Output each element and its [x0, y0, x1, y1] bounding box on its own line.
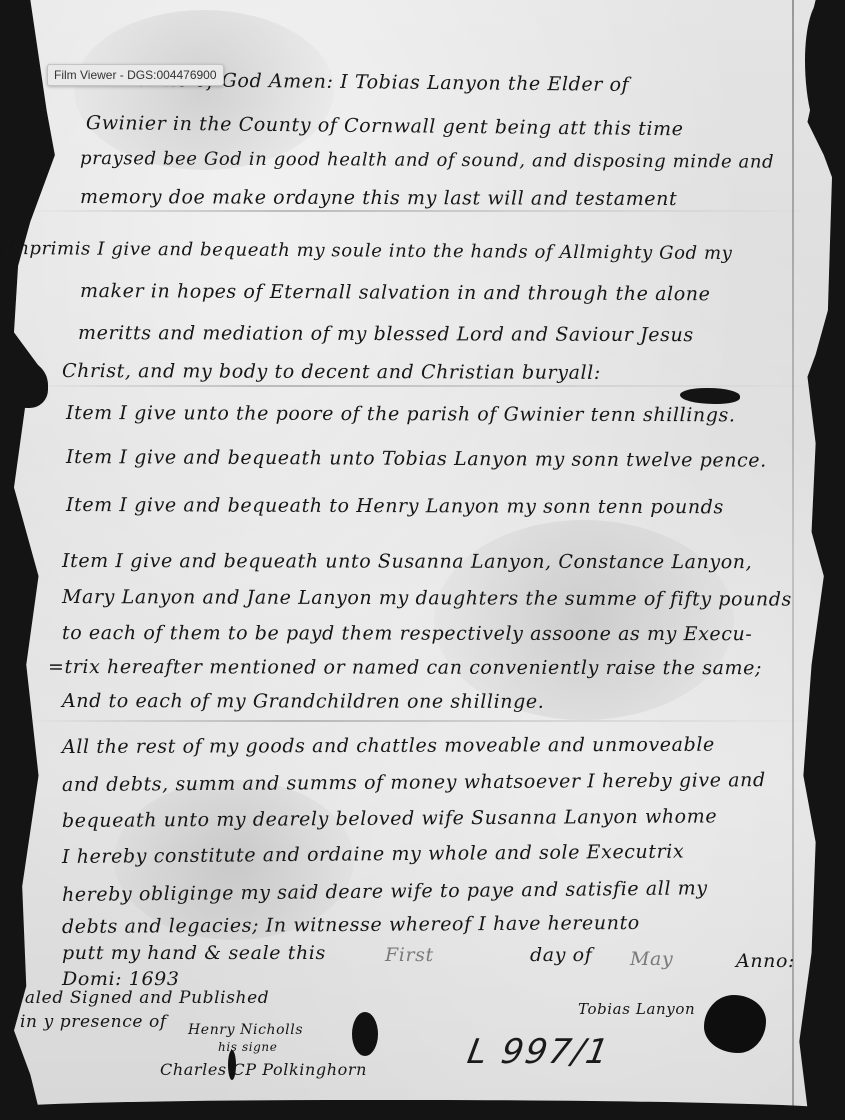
manuscript-line: Mary Lanyon and Jane Lanyon my daughters…	[62, 586, 792, 611]
attestation-line: in y presence of	[20, 1012, 167, 1032]
torn-edge	[0, 0, 30, 170]
film-viewer-tooltip: Film Viewer - DGS:004476900	[47, 64, 224, 86]
manuscript-line: putt my hand & seale this	[62, 942, 326, 964]
manuscript-line: =trix hereafter mentioned or named can c…	[48, 656, 762, 679]
bottom-edge	[0, 1100, 845, 1120]
manuscript-line: And to each of my Grandchildren one shil…	[62, 690, 544, 713]
attestation-line: Sealed Signed and Published	[2, 988, 269, 1008]
ink-blot	[352, 1012, 378, 1056]
ink-blot	[228, 1050, 236, 1080]
torn-edge	[815, 780, 845, 1120]
manuscript-line: Christ, and my body to decent and Christ…	[62, 360, 601, 384]
testator-signature: Tobias Lanyon	[578, 1000, 695, 1018]
torn-edge	[0, 360, 48, 408]
manuscript-line: Item I give and bequeath unto Susanna La…	[62, 550, 752, 573]
witness-signature: Charles CP Polkinghorn	[160, 1060, 367, 1079]
witness-signature: Henry Nicholls	[188, 1022, 303, 1038]
fold-line	[24, 720, 822, 722]
manuscript-line: All the rest of my goods and chattles mo…	[62, 734, 715, 758]
manuscript-line: to each of them to be payd them respecti…	[62, 622, 752, 645]
manuscript-line: bequeath unto my dearely beloved wife Su…	[62, 805, 717, 832]
catalog-number: L 997/1	[464, 1032, 613, 1072]
fold-line	[24, 210, 822, 212]
vertical-fold	[792, 0, 794, 1108]
manuscript-line: Item I give unto the poore of the parish…	[66, 402, 736, 426]
torn-edge	[0, 610, 20, 770]
manuscript-line: memory doe make ordayne this my last wil…	[80, 186, 677, 210]
manuscript-line: meritts and mediation of my blessed Lord…	[78, 322, 694, 346]
manuscript-line: Item I give and bequeath unto Tobias Lan…	[66, 446, 767, 472]
manuscript-line: Item I give and bequeath to Henry Lanyon…	[66, 494, 724, 518]
film-viewer: In the Name of God Amen: I Tobias Lanyon…	[0, 0, 845, 1120]
date-day-of: day of	[530, 944, 592, 966]
date-anno: Anno:	[736, 950, 795, 972]
torn-edge	[805, 0, 845, 140]
fold-line	[24, 385, 822, 387]
date-insert-month: May	[630, 948, 673, 970]
manuscript-line-year: Domi: 1693	[62, 968, 180, 990]
witness-note: his signe	[218, 1040, 277, 1054]
wax-seal	[704, 995, 766, 1053]
manuscript-line: debts and legacies; In witnesse whereof …	[62, 912, 640, 938]
date-insert-day: First	[385, 944, 434, 966]
manuscript-line: praysed bee God in good health and of so…	[80, 148, 774, 173]
manuscript-line: maker in hopes of Eternall salvation in …	[80, 280, 711, 305]
